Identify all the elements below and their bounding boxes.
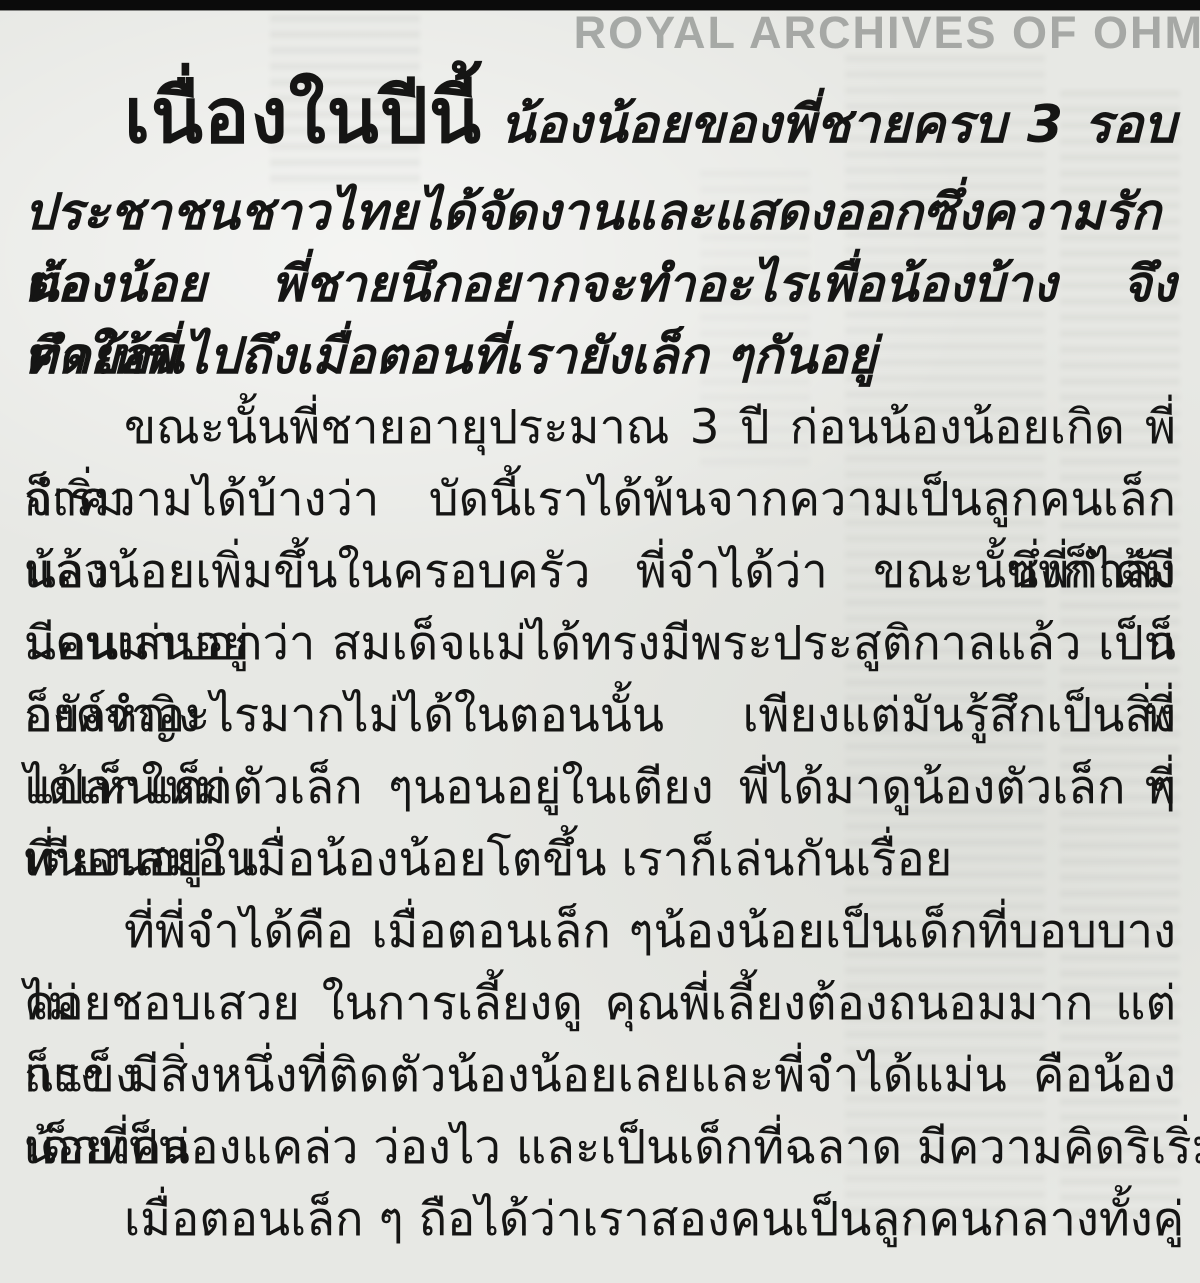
opening-headline: เนื่องในปีนี้ — [124, 71, 482, 160]
text-line: น้องน้อยเพิ่มขึ้นในครอบครัว พี่จำได้ว่า … — [24, 536, 1176, 608]
opening-line: เนื่องในปีนี้ น้องน้อยของพี่ชายครบ 3 รอบ — [24, 64, 1176, 176]
text-line: เมื่อตอนเล็ก ๆ ถือได้ว่าเราสองคนเป็นลูกค… — [24, 1184, 1176, 1256]
text-line: น้องน้อย พี่ชายนึกอยากจะทำอะไรเพื่อน้องบ… — [24, 248, 1176, 320]
text-line: เตียงเสมอ เมื่อน้องน้อยโตขึ้น เราก็เล่นก… — [24, 824, 1176, 896]
text-line: ประชาชนชาวไทยได้จัดงานและแสดงออกซึ่งความ… — [24, 176, 1176, 248]
text-line: ได้เห็นเด็กตัวเล็ก ๆนอนอยู่ในเตียง พี่ได… — [24, 752, 1176, 824]
document-text: เนื่องในปีนี้ น้องน้อยของพี่ชายครบ 3 รอบ… — [24, 64, 1176, 1256]
archive-watermark: ROYAL ARCHIVES OF OHM — [574, 7, 1200, 59]
text-line: มีคนมาบอกว่า สมเด็จแม่ได้ทรงมีพระประสูติ… — [24, 608, 1176, 680]
text-line: จำความได้บ้างว่า บัดนี้เราได้พ้นจากความเ… — [24, 464, 1176, 536]
scanned-document-page: ROYAL ARCHIVES OF OHM เนื่องในปีนี้ น้อง… — [0, 0, 1200, 1283]
text-line: คิดย้อนไปถึงเมื่อตอนที่เรายังเล็ก ๆกันอย… — [24, 320, 1176, 392]
text-line: ก็ยังจำอะไรมากไม่ได้ในตอนนั้น เพียงแต่มั… — [24, 680, 1176, 752]
text-line: แรง มีสิ่งหนึ่งที่ติดตัวน้องน้อยเลยและพี… — [24, 1040, 1176, 1112]
text-line: ขณะนั้นพี่ชายอายุประมาณ 3 ปี ก่อนน้องน้อ… — [24, 392, 1176, 464]
text-line: ที่พี่จำได้คือ เมื่อตอนเล็ก ๆน้องน้อยเป็… — [24, 896, 1176, 968]
opening-continuation: น้องน้อยของพี่ชายครบ 3 รอบ — [500, 95, 1176, 155]
text-line: ค่อยชอบเสวย ในการเลี้ยงดู คุณพี่เลี้ยงต้… — [24, 968, 1176, 1040]
text-line: เด็กที่คล่องแคล่ว ว่องไว และเป็นเด็กที่ฉ… — [24, 1112, 1176, 1184]
